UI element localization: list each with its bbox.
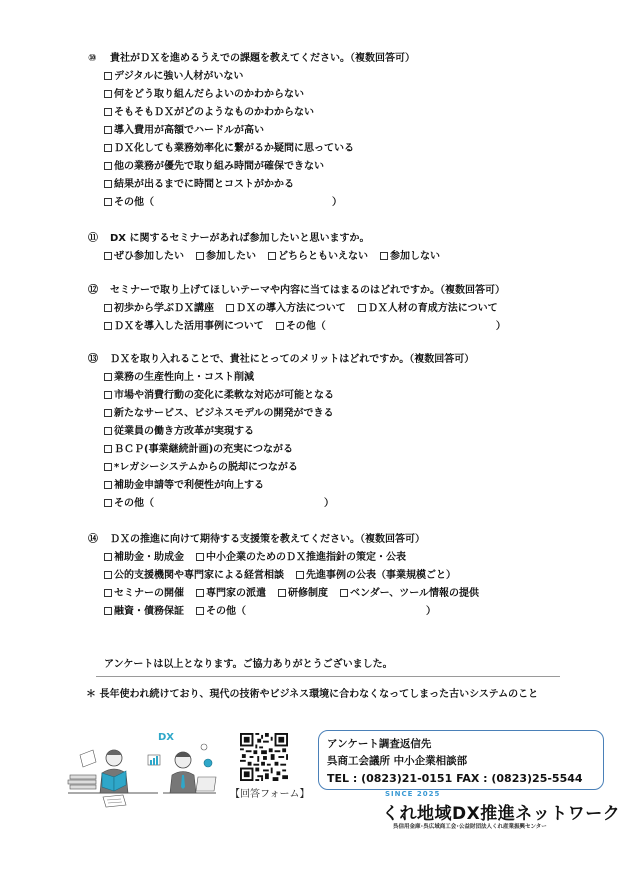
option-bcp[interactable]: ＢＣＰ(事業継続計画)の充実につながる	[104, 441, 474, 459]
checkbox[interactable]	[296, 571, 304, 579]
option-financing[interactable]: 融資・債務保証	[104, 603, 184, 621]
checkbox[interactable]	[104, 162, 112, 170]
checkbox[interactable]	[104, 90, 112, 98]
checkbox[interactable]	[104, 607, 112, 615]
option-vendor-info[interactable]: ベンダー、ツール情報の提供	[340, 585, 479, 603]
checkbox[interactable]	[380, 252, 388, 260]
checkbox[interactable]	[196, 607, 204, 615]
option-new-business[interactable]: 新たなサービス、ビジネスモデルの開発ができる	[104, 405, 474, 423]
option-dont-know-how[interactable]: 何をどう取り組んだらよいのかわからない	[104, 86, 415, 104]
option-time-cost[interactable]: 結果が出るまでに時間とコストがかかる	[104, 176, 415, 194]
option-no-digital-talent[interactable]: デジタルに強い人材がいない	[104, 68, 415, 86]
checkbox[interactable]	[104, 252, 112, 260]
option-flexible-response[interactable]: 市場や消費行動の変化に柔軟な対応が可能となる	[104, 387, 474, 405]
checkbox[interactable]	[104, 481, 112, 489]
checkbox[interactable]	[104, 463, 112, 471]
thanks-message: アンケートは以上となります。ご協力ありがとうございました。	[104, 655, 393, 670]
option-other[interactable]: その他（）	[276, 318, 506, 336]
option-doubt-efficiency[interactable]: ＤＸ化しても業務効率化に繋がるか疑問に思っている	[104, 140, 415, 158]
checkbox[interactable]	[340, 589, 348, 597]
option-definitely-attend[interactable]: ぜひ参加したい	[104, 248, 184, 266]
question-title: ⑫ セミナーで取り上げてほしいテーマや内容に当てはまるのはどれですか。（複数回答…	[88, 282, 518, 300]
question-title: ⑩ 貴社がＤＸを進めるうえでの課題を教えてください。（複数回答可）	[88, 50, 415, 68]
option-consultation[interactable]: 公的支援機関や専門家による経営相談	[104, 567, 284, 585]
question-11: ⑪ DX に関するセミナーがあれば参加したいと思いますか。 ぜひ参加したい 参加…	[88, 230, 452, 266]
checkbox[interactable]	[104, 180, 112, 188]
question-title: ⑭ ＤＸの推進に向けて期待する支援策を教えてください。（複数回答可）	[88, 531, 491, 549]
option-expert-dispatch[interactable]: 専門家の派遣	[196, 585, 266, 603]
dx-badge: DX	[158, 732, 174, 743]
checkbox[interactable]	[104, 198, 112, 206]
option-legacy-system[interactable]: *レガシーシステムからの脱却につながる	[104, 459, 474, 477]
checkbox[interactable]	[104, 445, 112, 453]
contact-phone: TEL : (0823)21-0151 FAX : (0823)25-5544	[327, 770, 595, 787]
checkbox[interactable]	[358, 304, 366, 312]
question-title: ⑬ ＤＸを取り入れることで、貴社にとってのメリットはどれですか。（複数回答可）	[88, 351, 474, 369]
checkbox[interactable]	[104, 499, 112, 507]
question-number: ⑫	[88, 282, 110, 300]
option-how-to-introduce[interactable]: ＤＸの導入方法について	[226, 300, 346, 318]
question-14: ⑭ ＤＸの推進に向けて期待する支援策を教えてください。（複数回答可） 補助金・助…	[88, 531, 491, 621]
question-number: ⑩	[88, 50, 110, 68]
question-12: ⑫ セミナーで取り上げてほしいテーマや内容に当てはまるのはどれですか。（複数回答…	[88, 282, 518, 336]
checkbox[interactable]	[104, 304, 112, 312]
option-training[interactable]: 研修制度	[278, 585, 328, 603]
question-text: ＤＸの推進に向けて期待する支援策を教えてください。（複数回答可）	[110, 531, 425, 549]
qr-code[interactable]	[240, 733, 288, 781]
option-work-style[interactable]: 従業員の働き方改革が実現する	[104, 423, 474, 441]
question-text: 貴社がＤＸを進めるうえでの課題を教えてください。（複数回答可）	[110, 50, 415, 68]
contact-box: アンケート調査返信先 呉商工会議所 中小企業相談部 TEL : (0823)21…	[318, 730, 604, 790]
checkbox[interactable]	[104, 373, 112, 381]
question-text: ＤＸを取り入れることで、貴社にとってのメリットはどれですか。（複数回答可）	[110, 351, 474, 369]
question-10: ⑩ 貴社がＤＸを進めるうえでの課題を教えてください。（複数回答可） デジタルに強…	[88, 50, 415, 212]
qr-label: 【回答フォーム】	[230, 785, 310, 800]
checkbox[interactable]	[104, 144, 112, 152]
logo-name: くれ地域DX推進ネットワーク	[382, 799, 620, 824]
option-not-attend[interactable]: 参加しない	[380, 248, 440, 266]
option-talent-development[interactable]: ＤＸ人材の育成方法について	[358, 300, 498, 318]
question-text: DX に関するセミナーがあれば参加したいと思いますか。	[110, 230, 370, 248]
question-text: セミナーで取り上げてほしいテーマや内容に当てはまるのはどれですか。（複数回答可）	[110, 282, 505, 300]
option-other[interactable]: その他（）	[104, 194, 415, 212]
checkbox[interactable]	[196, 553, 204, 561]
checkbox[interactable]	[104, 589, 112, 597]
option-subsidy[interactable]: 補助金・助成金	[104, 549, 184, 567]
contact-org: 呉商工会議所 中小企業相談部	[327, 753, 595, 770]
option-beginner-course[interactable]: 初歩から学ぶＤＸ講座	[104, 300, 214, 318]
option-other[interactable]: その他（）	[196, 603, 436, 621]
checkbox[interactable]	[104, 322, 112, 330]
checkbox[interactable]	[104, 72, 112, 80]
checkbox[interactable]	[226, 304, 234, 312]
logo-members: 呉信用金庫･呉広域商工会･公益財団法人くれ産業振興センター	[393, 822, 547, 830]
footnote: ＊ 長年使われ続けており、現代の技術やビジネス環境に合わなくなってしまった古いシ…	[86, 685, 538, 700]
checkbox[interactable]	[276, 322, 284, 330]
option-advanced-cases[interactable]: 先進事例の公表（事業規模ごと）	[296, 567, 456, 585]
checkbox[interactable]	[278, 589, 286, 597]
option-case-studies[interactable]: ＤＸを導入した活用事例について	[104, 318, 264, 336]
checkbox[interactable]	[268, 252, 276, 260]
option-subsidy-convenience[interactable]: 補助金申請等で利便性が向上する	[104, 477, 474, 495]
question-title: ⑪ DX に関するセミナーがあれば参加したいと思いますか。	[88, 230, 452, 248]
option-no-time[interactable]: 他の業務が優先で取り組み時間が確保できない	[104, 158, 415, 176]
option-seminar[interactable]: セミナーの開催	[104, 585, 184, 603]
option-sme-guidelines[interactable]: 中小企業のためのＤＸ推進指針の策定・公表	[196, 549, 406, 567]
checkbox[interactable]	[104, 553, 112, 561]
checkbox[interactable]	[104, 126, 112, 134]
checkbox[interactable]	[196, 252, 204, 260]
checkbox[interactable]	[104, 391, 112, 399]
question-number: ⑪	[88, 230, 110, 248]
contact-heading: アンケート調査返信先	[327, 736, 595, 753]
checkbox[interactable]	[104, 427, 112, 435]
checkbox[interactable]	[104, 409, 112, 417]
option-dont-know-dx[interactable]: そもそもＤＸがどのようなものかわからない	[104, 104, 415, 122]
question-number: ⑭	[88, 531, 110, 549]
option-attend[interactable]: 参加したい	[196, 248, 256, 266]
option-other[interactable]: その他（）	[104, 495, 474, 513]
question-13: ⑬ ＤＸを取り入れることで、貴社にとってのメリットはどれですか。（複数回答可） …	[88, 351, 474, 513]
checkbox[interactable]	[104, 108, 112, 116]
checkbox[interactable]	[104, 571, 112, 579]
option-high-cost[interactable]: 導入費用が高額でハードルが高い	[104, 122, 415, 140]
option-neutral[interactable]: どちらともいえない	[268, 248, 368, 266]
office-workers-illustration: DX	[48, 725, 218, 810]
question-number: ⑬	[88, 351, 110, 369]
checkbox[interactable]	[196, 589, 204, 597]
divider	[96, 676, 560, 677]
logo-since: SINCE 2025	[385, 790, 440, 798]
option-productivity[interactable]: 業務の生産性向上・コスト削減	[104, 369, 474, 387]
